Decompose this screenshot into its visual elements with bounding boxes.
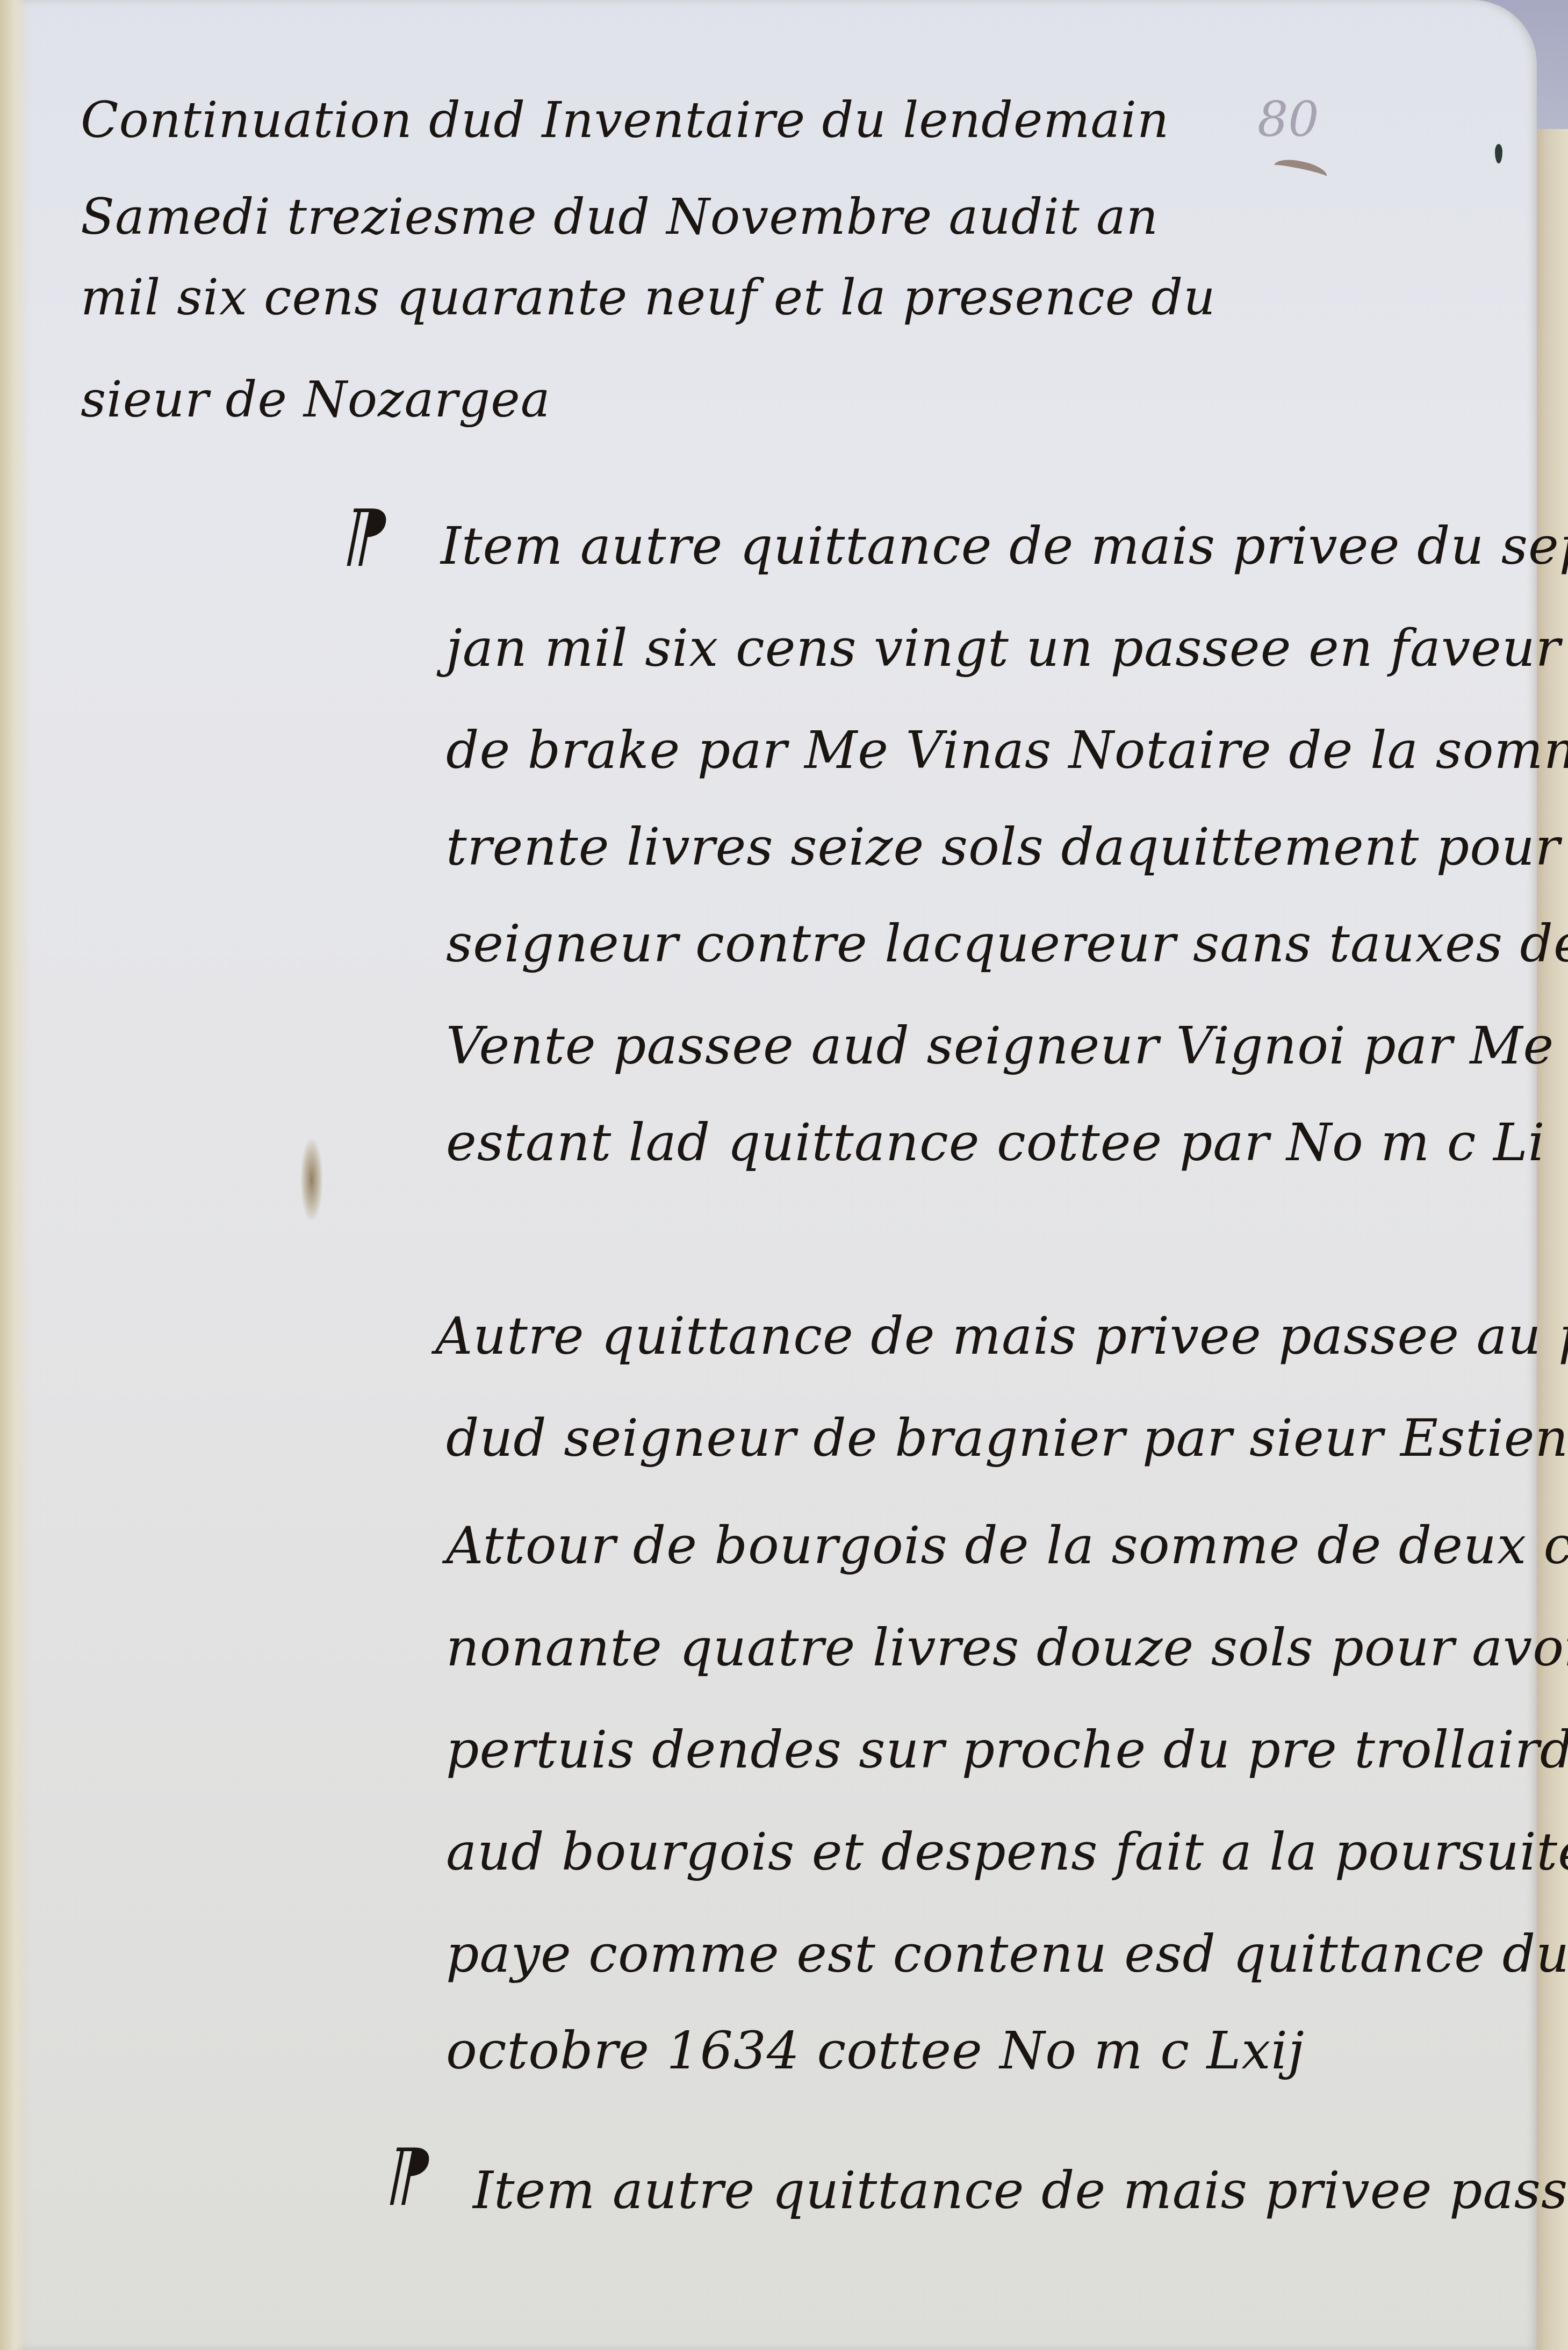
- manuscript-photo: 80 Continuation dud Inventaire du lendem…: [0, 0, 1568, 2350]
- paragraph-line: seigneur contre lacquereur sans tauxes d…: [446, 914, 1568, 974]
- manuscript-page: [0, 0, 1537, 2350]
- paragraph-line: pertuis dendes sur proche du pre trollai…: [446, 1720, 1568, 1780]
- paragraph-line: nonante quatre livres douze sols pour av…: [446, 1618, 1568, 1678]
- paragraph-line: jan mil six cens vingt un passee en fave…: [446, 618, 1568, 678]
- header-line: Continuation dud Inventaire du lendemain: [81, 91, 1169, 149]
- paragraph-line: estant lad quittance cottee par No m c L…: [446, 1112, 1545, 1173]
- paragraph-line: Attour de bourgois de la somme de deux c…: [446, 1515, 1568, 1576]
- paragraph-flourish: ⁋: [387, 2133, 431, 2215]
- page-left-edge: [0, 0, 26, 2350]
- paragraph-line: octobre 1634 cottee No m c Lxij: [446, 2021, 1305, 2081]
- header-line: Samedi treziesme dud Novembre audit an: [81, 188, 1159, 246]
- adjacent-page-edge: [1537, 129, 1568, 2350]
- paragraph-line: paye comme est contenu esd quittance du: [446, 1924, 1568, 1984]
- paragraph-line: dud seigneur de bragnier par sieur Estie…: [446, 1408, 1568, 1468]
- paragraph-line: Autre quittance de mais privee passee au…: [435, 1306, 1568, 1366]
- paragraph-line: Item autre quittance de mais privee pass…: [473, 2160, 1568, 2220]
- header-line: mil six cens quarante neuf et la presenc…: [81, 269, 1216, 326]
- paper-stain: [301, 1139, 322, 1220]
- paragraph-line: Item autre quittance de mais privee du s…: [441, 516, 1568, 576]
- paragraph-line: Vente passee aud seigneur Vignoi par Me …: [446, 1016, 1568, 1076]
- paragraph-flourish: ⁋: [344, 494, 389, 576]
- paragraph-line: trente livres seize sols daquittement po…: [446, 817, 1568, 877]
- paragraph-line: aud bourgois et despens fait a la poursu…: [446, 1822, 1568, 1882]
- folio-number: 80: [1257, 91, 1319, 148]
- header-line: sieur de Nozargea: [81, 371, 551, 428]
- paragraph-line: de brake par Me Vinas Notaire de la somm…: [446, 720, 1568, 780]
